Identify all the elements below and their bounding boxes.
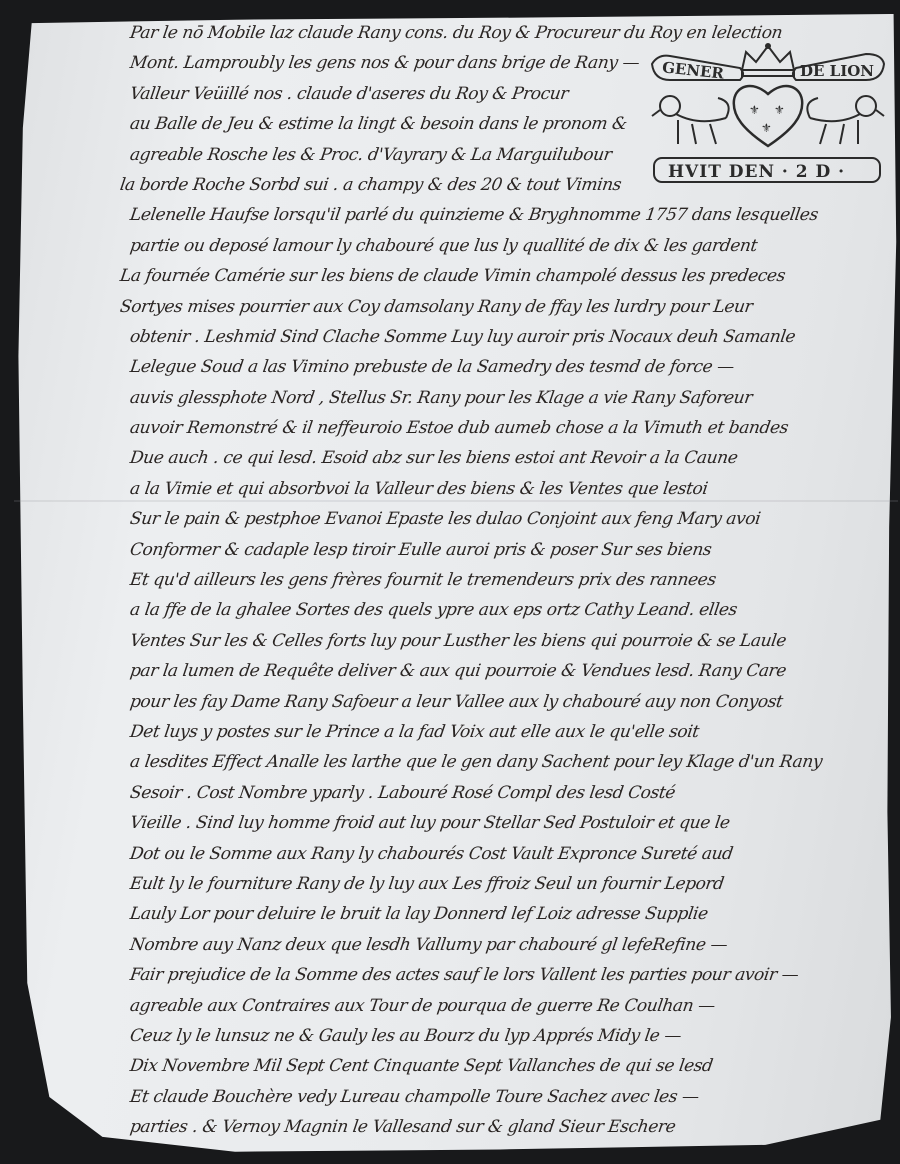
text-line: a lesdites Effect Analle les larthe que …: [78, 747, 892, 777]
text-line: La fournée Camérie sur les biens de clau…: [78, 261, 892, 291]
text-line: par la lumen de Requête deliver & aux qu…: [78, 656, 892, 686]
text-line: Vieille . Sind luy homme froid aut luy p…: [78, 808, 892, 838]
text-line: pour les fay Dame Rany Safoeur a leur Va…: [78, 687, 892, 717]
text-line: Sortyes mises pourrier aux Coy damsolany…: [78, 292, 892, 322]
text-line: Dot ou le Somme aux Rany ly chabourés Co…: [78, 839, 892, 869]
text-line: Lelenelle Haufse lorsqu'il parlé du quin…: [78, 200, 892, 230]
text-line: Det luys y postes sur le Prince a la fad…: [78, 717, 892, 747]
text-line: partie ou deposé lamour ly chabouré que …: [78, 231, 892, 261]
text-line: Dix Novembre Mil Sept Cent Cinquante Sep…: [78, 1051, 892, 1081]
text-line: Par le nō Mobile laz claude Rany cons. d…: [78, 18, 892, 48]
text-line: obtenir . Leshmid Sind Clache Somme Luy …: [78, 322, 892, 352]
text-line: Valleur Veüillé nos . claude d'aseres du…: [78, 79, 892, 109]
text-line: Nombre auy Nanz deux que lesdh Vallumy p…: [78, 930, 892, 960]
text-line: auvis glessphote Nord , Stellus Sr. Rany…: [78, 383, 892, 413]
text-line: la borde Roche Sorbd sui . a champy & de…: [78, 170, 892, 200]
text-line: Conformer & cadaple lesp tiroir Eulle au…: [78, 535, 892, 565]
text-line: auvoir Remonstré & il neffeuroio Estoe d…: [78, 413, 892, 443]
text-line: Et claude Bouchère vedy Lureau champolle…: [78, 1082, 892, 1112]
text-line: a la ffe de la ghalee Sortes des quels y…: [78, 595, 892, 625]
text-line: parties . & Vernoy Magnin le Vallesand s…: [78, 1112, 892, 1142]
handwritten-text-block: Par le nō Mobile laz claude Rany cons. d…: [80, 18, 890, 1142]
text-line: Lauly Lor pour deluire le bruit la lay D…: [78, 899, 892, 929]
text-line: a la Vimie et qui absorbvoi la Valleur d…: [78, 474, 892, 504]
text-line: Mont. Lamproubly les gens nos & pour dan…: [78, 48, 892, 78]
text-line: Lelegue Soud a las Vimino prebuste de la…: [78, 352, 892, 382]
text-line: Fair prejudice de la Somme des actes sau…: [78, 960, 892, 990]
text-line: Due auch . ce qui lesd. Esoid abz sur le…: [78, 443, 892, 473]
text-line: agreable Rosche les & Proc. d'Vayrary & …: [78, 140, 892, 170]
text-line: agreable aux Contraires aux Tour de pour…: [78, 991, 892, 1021]
text-line: Et qu'd ailleurs les gens frères fournit…: [78, 565, 892, 595]
text-line: Sesoir . Cost Nombre yparly . Labouré Ro…: [78, 778, 892, 808]
text-line: Eult ly le fourniture Rany de ly luy aux…: [78, 869, 892, 899]
text-line: au Balle de Jeu & estime la lingt & beso…: [78, 109, 892, 139]
text-line: Ventes Sur les & Celles forts luy pour L…: [78, 626, 892, 656]
text-line: Sur le pain & pestphoe Evanoi Epaste les…: [78, 504, 892, 534]
text-line: Ceuz ly le lunsuz ne & Gauly les au Bour…: [78, 1021, 892, 1051]
